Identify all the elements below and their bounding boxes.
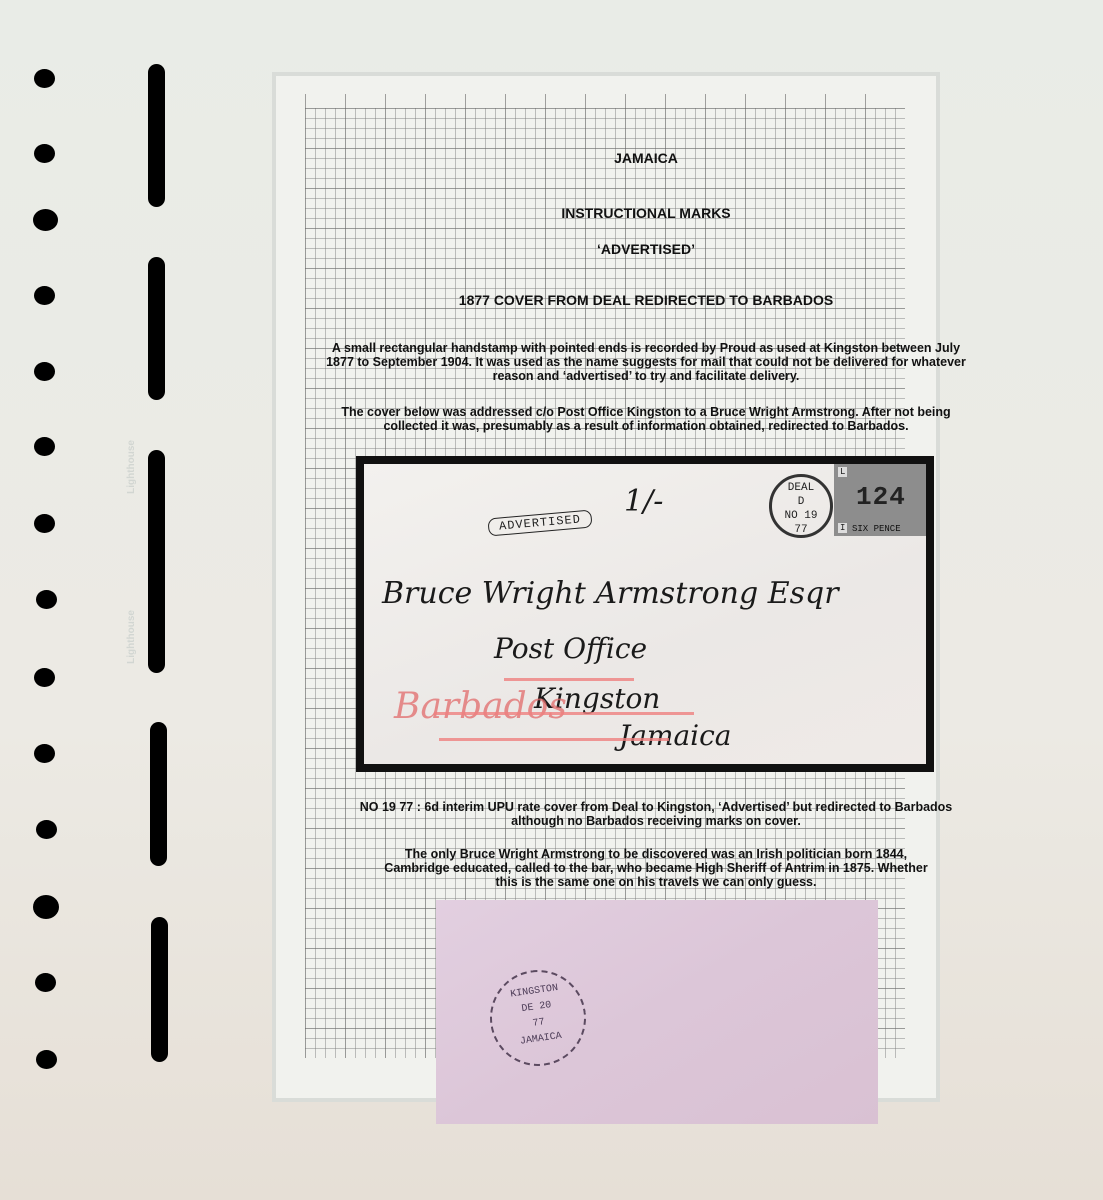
- binder-hole: [34, 514, 55, 533]
- caption-paragraph: The only Bruce Wright Armstrong to be di…: [376, 847, 936, 889]
- address-line: Bruce Wright Armstrong Esqr: [382, 576, 839, 611]
- stamp-corner-letter: L: [838, 467, 847, 477]
- kingston-receiving-mark: KINGSTON DE 20 77 JAMAICA: [484, 964, 592, 1072]
- watermark-text: Lighthouse: [126, 440, 137, 494]
- mark-name: ‘ADVERTISED’: [306, 241, 986, 257]
- grid-ticks: [305, 94, 905, 108]
- intro-paragraph: A small rectangular handstamp with point…: [326, 341, 966, 383]
- page-title: JAMAICA: [306, 150, 986, 166]
- postmark-code: D: [772, 495, 830, 509]
- redirect-barbados: Barbados: [394, 686, 567, 727]
- postage-stamp: L 124 I SIX PENCE: [834, 464, 926, 536]
- cover-back-image: KINGSTON DE 20 77 JAMAICA: [436, 900, 878, 1124]
- deal-postmark: DEAL D NO 19 77: [769, 474, 833, 538]
- caption-paragraph: NO 19 77 : 6d interim UPU rate cover fro…: [356, 800, 956, 828]
- binder-hole: [35, 973, 56, 992]
- binder-hole: [34, 286, 55, 305]
- binder-hole: [36, 590, 57, 609]
- binder-hole: [34, 668, 55, 687]
- binder-hole: [34, 437, 55, 456]
- binder-slot: [150, 722, 167, 866]
- red-strike-line: [434, 712, 694, 715]
- binder-slot: [148, 450, 165, 673]
- section-heading: 1877 COVER FROM DEAL REDIRECTED TO BARBA…: [306, 292, 986, 308]
- binder-slot: [148, 257, 165, 400]
- binder-hole: [34, 144, 55, 163]
- binder-hole: [36, 1050, 57, 1069]
- binder-hole: [36, 820, 57, 839]
- address-line: Jamaica: [619, 719, 732, 752]
- postmark-date: NO 19: [772, 509, 830, 523]
- red-strike-line: [504, 678, 634, 681]
- binder-hole: [33, 209, 58, 231]
- stamp-corner-letter: I: [838, 523, 847, 533]
- postmark-town: DEAL: [772, 481, 830, 495]
- advertised-handstamp: ADVERTISED: [487, 510, 592, 537]
- binder-hole: [34, 744, 55, 763]
- intro-paragraph: The cover below was addressed c/o Post O…: [326, 405, 966, 433]
- stamp-cancel-number: 124: [856, 482, 906, 512]
- red-strike-line: [439, 738, 669, 741]
- binder-slot: [151, 917, 168, 1062]
- binder-slot: [148, 64, 165, 207]
- binder-hole: [33, 895, 59, 919]
- cover-front-image: ADVERTISED DEAL D NO 19 77 L 124 I SIX P…: [356, 456, 934, 772]
- address-line: Post Office: [494, 632, 647, 665]
- postmark-year: 77: [772, 523, 830, 537]
- binder-hole: [34, 69, 55, 88]
- page-subtitle: INSTRUCTIONAL MARKS: [306, 205, 986, 221]
- stamp-value: SIX PENCE: [852, 524, 901, 534]
- binder-hole: [34, 362, 55, 381]
- watermark-text: Lighthouse: [126, 610, 137, 664]
- charge-mark: 1/-: [624, 484, 663, 519]
